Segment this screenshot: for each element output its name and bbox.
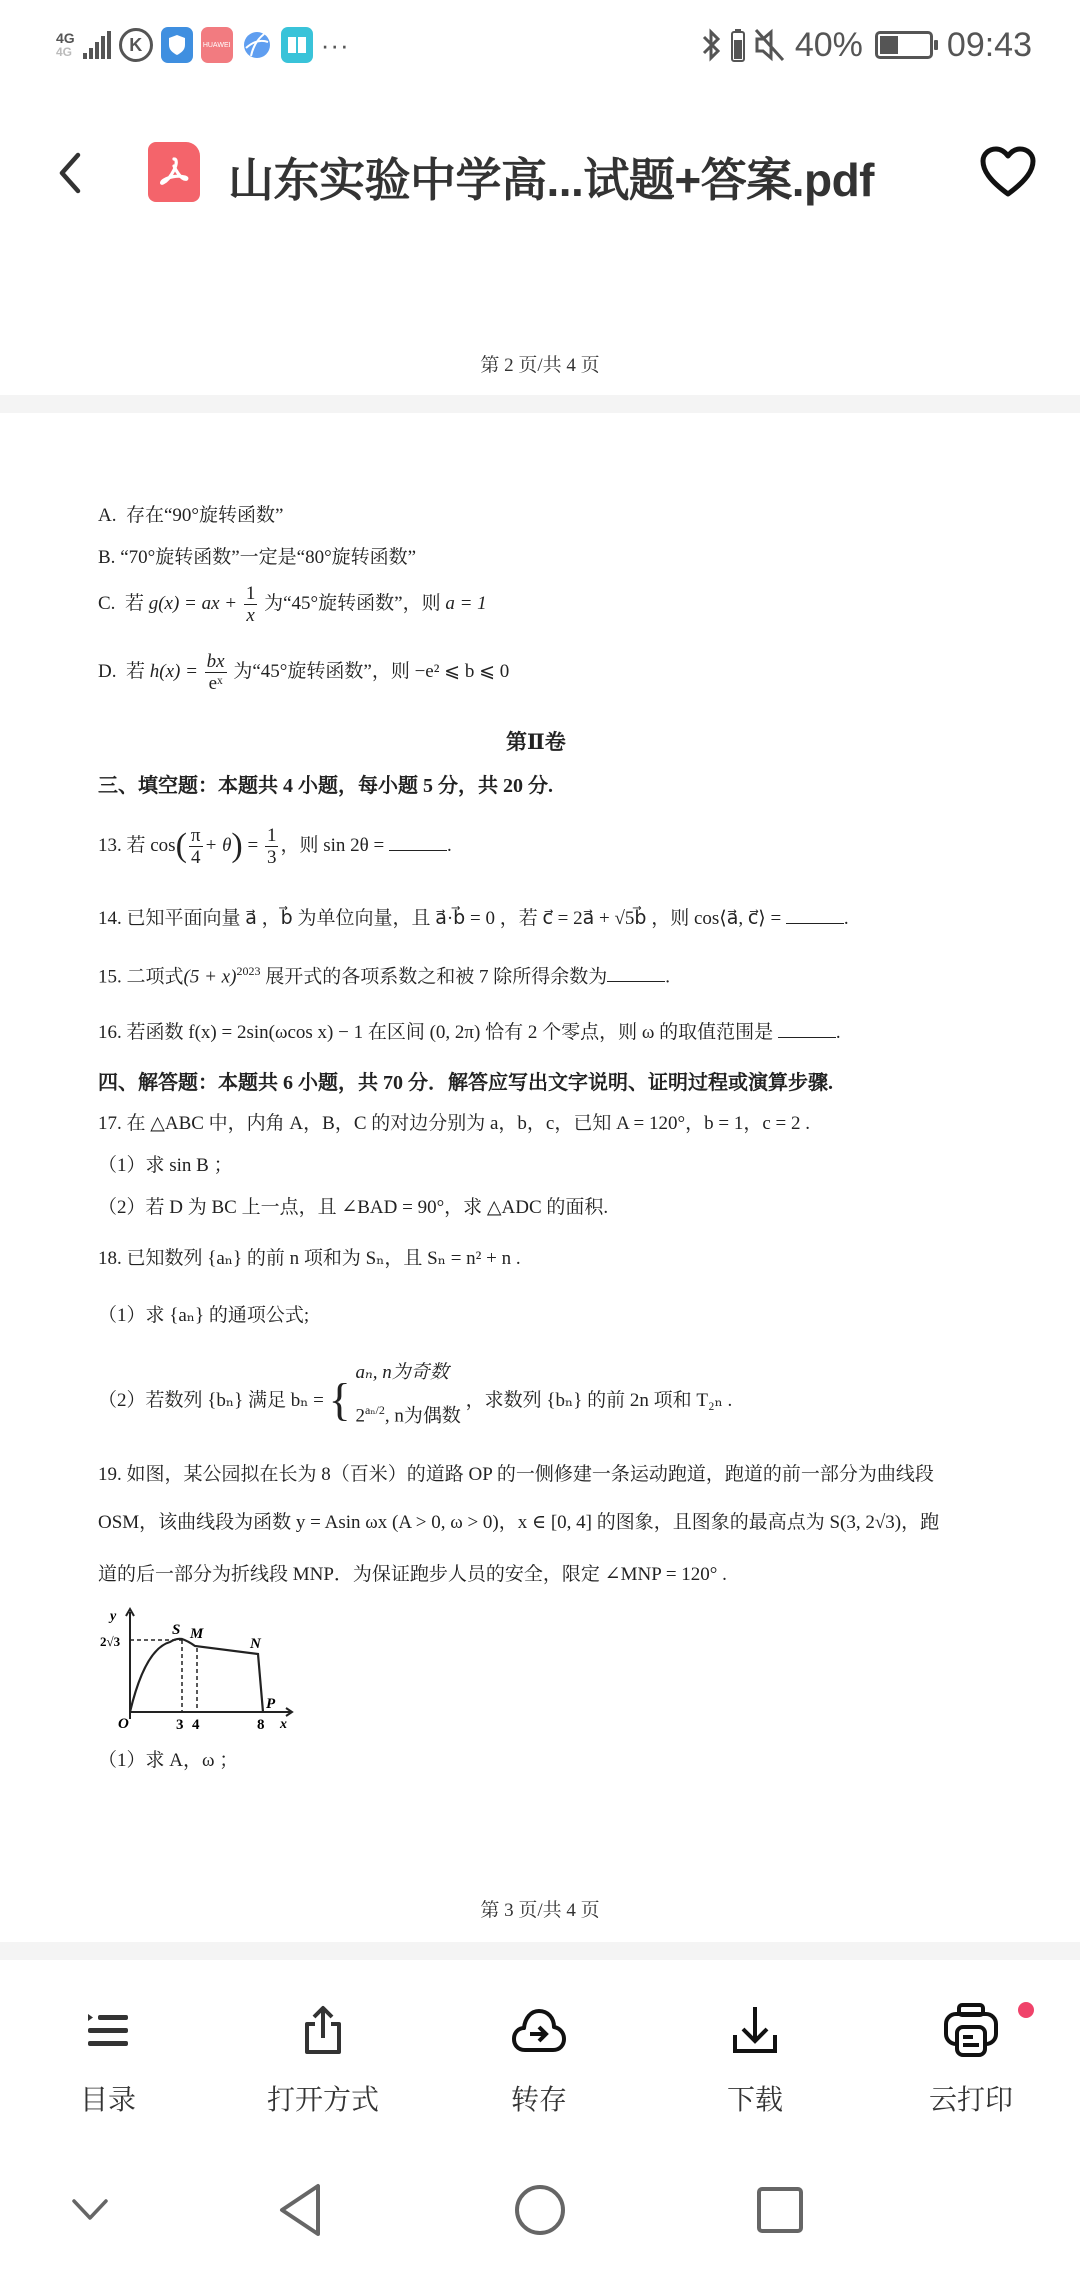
question-14: 14. 已知平面向量 a⃗ ，b⃗ 为单位向量，且 a⃗·b⃗ = 0 ，若 c… [98,906,849,931]
option-b: B. “70°旋转函数”一定是“80°旋转函数” [98,547,416,570]
square-recents-icon [757,2187,803,2233]
cloud-print-button[interactable]: 云打印 [896,2000,1046,2130]
chevron-left-icon [56,151,84,195]
printer-icon [941,2000,1001,2060]
svg-text:M: M [189,1626,204,1642]
answer-blank [389,833,447,851]
question-18-stem: 18. 已知数列 {aₙ} 的前 n 项和为 Sₙ，且 Sₙ = n² + n … [98,1248,521,1271]
triangle-back-icon [278,2183,322,2237]
network-sub-label: 4G [56,45,75,59]
question-19-line-3: 道的后一部分为折线段 MNP．为保证跑步人员的安全，限定 ∠MNP = 120°… [98,1564,727,1587]
svg-text:N: N [249,1636,262,1652]
question-18-part-1: （1）求 {aₙ} 的通项公式; [98,1305,309,1328]
answer-blank [607,964,665,982]
nav-home-button[interactable] [500,2175,580,2245]
answer-blank [786,906,844,924]
circle-home-icon [514,2184,566,2236]
system-nav-bar [0,2145,1080,2280]
page-3-footer: 第 3 页/共 4 页 [0,1895,1080,1922]
notification-badge [1018,2002,1034,2018]
option-a: A. 存在“90°旋转函数” [98,505,283,528]
open-with-button[interactable]: 打开方式 [248,2000,398,2130]
nav-recents-button[interactable] [740,2175,820,2245]
svg-text:2√3: 2√3 [100,1634,121,1649]
section-4-heading: 四、解答题：本题共 6 小题，共 70 分．解答应写出文字说明、证明过程或演算步… [98,1071,833,1095]
network-type: 4G 4G [56,31,75,59]
question-18-part-2: （2）若数列 {bₙ} 满足 bₙ = { aₙ, n为奇数 2aₙ/2, n为… [98,1362,732,1442]
page-separator [0,1942,1080,1960]
chevron-down-icon [70,2198,110,2222]
collapse-nav-button[interactable] [50,2175,130,2245]
download-button[interactable]: 下载 [680,2000,830,2130]
svg-text:y: y [108,1609,117,1624]
question-13: 13. 若 cos(π4+ θ) = 13，则 sin 2θ = . [98,826,452,867]
share-icon [293,2000,353,2060]
download-icon [725,2000,785,2060]
question-17-stem: 17. 在 △ABC 中，内角 A，B，C 的对边分别为 a，b，c，已知 A … [98,1113,810,1136]
svg-text:P: P [266,1696,276,1712]
section-3-heading: 三、填空题：本题共 4 小题，每小题 5 分，共 20 分. [98,774,553,798]
question-19-line-2: OSM，该曲线段为函数 y = Asin ωx (A > 0, ω > 0)，x… [98,1512,939,1535]
question-16: 16. 若函数 f(x) = 2sin(ωcos x) − 1 在区间 (0, … [98,1020,841,1045]
cloud-save-icon [509,2000,569,2060]
question-19-figure: y x O 2√3 3 4 8 S M N P [100,1604,300,1734]
back-button[interactable] [48,146,92,200]
question-15: 15. 二项式(5 + x)2023 展开式的各项系数之和被 7 除所得余数为. [98,964,670,989]
bottom-toolbar: 目录 打开方式 转存 下载 云打印 [0,1960,1080,2145]
save-to-cloud-button[interactable]: 转存 [464,2000,614,2130]
nav-back-button[interactable] [260,2175,340,2245]
svg-text:4: 4 [192,1717,200,1733]
option-d: D. 若 h(x) = bxeˣ 为“45°旋转函数”，则 −e² ⩽ b ⩽ … [98,652,509,693]
list-icon [78,2000,138,2060]
option-c: C. 若 g(x) = ax + 1x 为“45°旋转函数”，则 a = 1 [98,584,487,625]
question-17-part-1: （1）求 sin B ； [98,1155,233,1178]
question-17-part-2: （2）若 D 为 BC 上一点，且 ∠BAD = 90°，求 △ADC 的面积. [98,1197,608,1220]
svg-text:x: x [279,1717,287,1732]
svg-text:S: S [172,1622,180,1638]
svg-text:8: 8 [257,1717,265,1733]
network-label: 4G [56,31,75,45]
toc-button[interactable]: 目录 [33,2000,183,2130]
answer-blank [778,1020,836,1038]
question-19-line-1: 19. 如图，某公园拟在长为 8（百米）的道路 OP 的一侧修建一条运动跑道，跑… [98,1464,934,1487]
svg-text:3: 3 [176,1717,184,1733]
question-19-part-1: （1）求 A，ω ； [98,1750,238,1773]
svg-text:O: O [118,1716,129,1732]
volume-title: 第Ⅱ卷 [506,730,566,755]
